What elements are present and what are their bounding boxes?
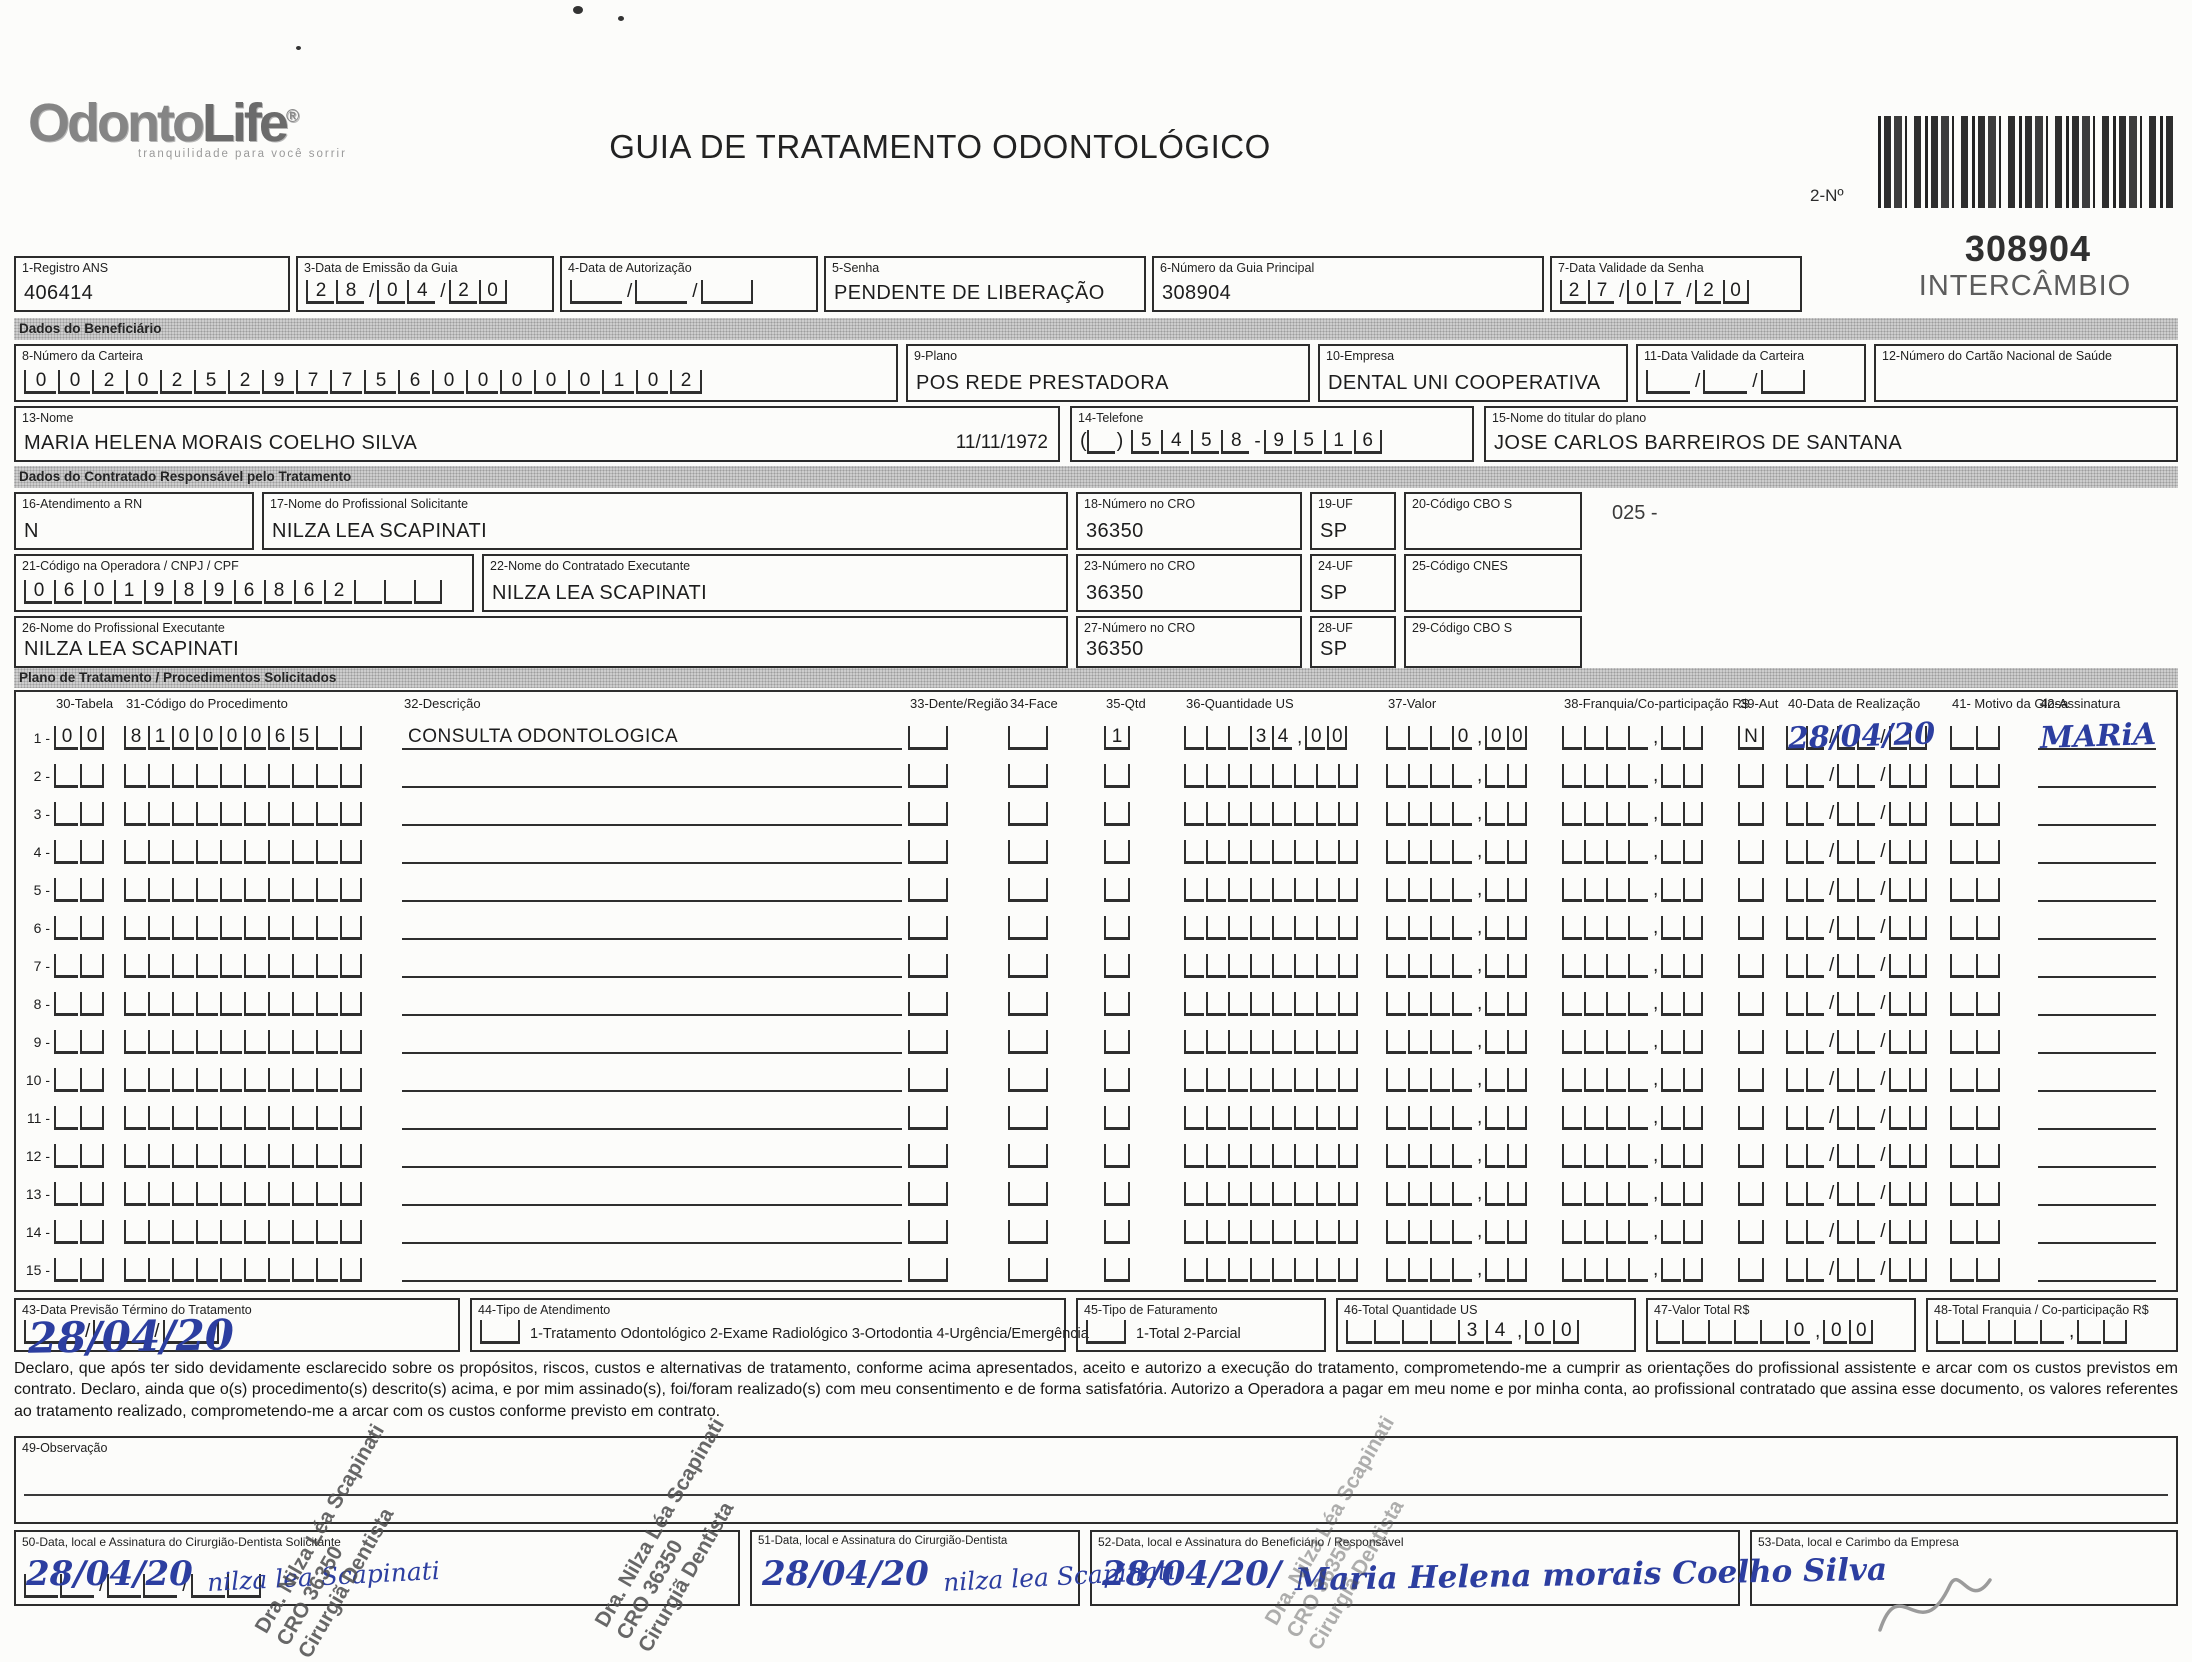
comb-segment <box>1976 1144 2000 1168</box>
comb-face <box>1008 1220 1050 1244</box>
comb-segment <box>2103 1320 2127 1344</box>
comb-segment <box>316 1182 338 1206</box>
write-line <box>2038 800 2156 826</box>
comb-segment <box>1485 840 1505 864</box>
proc-cell-descricao <box>402 1218 902 1244</box>
comb-segment: 2 <box>670 370 702 394</box>
comb-segment <box>124 1030 146 1054</box>
comb-segment: 4 <box>1161 430 1189 454</box>
proc-cell-dente <box>908 840 1002 864</box>
comb-segment <box>124 764 146 788</box>
comb-segment: / <box>1829 1181 1834 1206</box>
proc-cell-face <box>1008 1182 1098 1206</box>
field-label: 18-Número no CRO <box>1084 497 1195 511</box>
comb-segment <box>1889 802 1907 826</box>
write-line <box>2038 914 2156 940</box>
comb-codigo <box>124 1068 364 1092</box>
comb-aut <box>1738 916 1766 940</box>
comb-glosa <box>1950 1030 2002 1054</box>
comb-segment <box>1452 916 1472 940</box>
comb-segment <box>1430 1068 1450 1092</box>
field-label: 10-Empresa <box>1326 349 1394 363</box>
comb-segment <box>1294 1182 1314 1206</box>
comb-segment: 0 <box>1627 280 1653 304</box>
field-label: 45-Tipo de Faturamento <box>1084 1303 1218 1317</box>
comb-segment <box>1661 916 1681 940</box>
comb-segment <box>1507 878 1527 902</box>
field-uf-executante: 24-UF SP <box>1310 554 1396 612</box>
comb-franquia: , <box>1562 763 1705 788</box>
proc-cell-franquia: , <box>1562 763 1732 788</box>
row-number: 14 - <box>16 1220 54 1244</box>
proc-cell-descricao: CONSULTA ODONTOLOGICA <box>402 724 902 750</box>
comb-segment: / <box>1829 763 1834 788</box>
comb-segment <box>1584 1182 1604 1206</box>
comb-segment <box>1507 1144 1527 1168</box>
comb-segment <box>80 954 104 978</box>
comb-segment <box>268 992 290 1016</box>
comb-segment <box>1087 430 1115 454</box>
comb-segment <box>54 764 78 788</box>
proc-cell-assinatura <box>2038 990 2156 1016</box>
comb-valor: , <box>1386 1029 1529 1054</box>
column-header-aut: 39-Aut <box>1740 696 1782 718</box>
field-value: 308904 <box>1162 282 1231 305</box>
comb-data-validade-senha: 27/07/20 <box>1560 279 1751 304</box>
comb-segment <box>1184 1068 1204 1092</box>
comb-segment: 9 <box>262 370 294 394</box>
comb-face <box>1008 764 1050 788</box>
comb-segment <box>1294 916 1314 940</box>
comb-segment <box>1452 840 1472 864</box>
comb-segment <box>1682 1320 1706 1344</box>
comb-segment <box>1683 916 1703 940</box>
comb-segment <box>80 1030 104 1054</box>
field-value: 36350 <box>1086 638 1144 661</box>
comb-segment <box>908 916 948 940</box>
comb-segment: 0 <box>58 370 90 394</box>
comb-codigo <box>124 878 364 902</box>
comb-segment: , <box>1653 877 1658 902</box>
comb-glosa <box>1950 1220 2002 1244</box>
comb-segment <box>1452 1182 1472 1206</box>
proc-cell-qtd_us <box>1184 954 1380 978</box>
comb-segment <box>1104 802 1130 826</box>
comb-segment <box>196 878 218 902</box>
handwritten-name: Maria Helena morais Coelho Silva <box>1295 1552 1888 1598</box>
comb-segment <box>908 1106 948 1130</box>
comb-segment <box>1889 1258 1907 1282</box>
comb-segment <box>220 992 242 1016</box>
checkbox-tipo-atendimento <box>480 1320 522 1344</box>
comb-segment <box>1786 1182 1804 1206</box>
comb-face <box>1008 916 1050 940</box>
comb-segment: / <box>1686 279 1691 304</box>
write-line <box>402 952 902 978</box>
comb-segment <box>148 1144 170 1168</box>
comb-segment: N <box>1738 726 1764 750</box>
comb-segment <box>1562 726 1582 750</box>
field-label: 15-Nome do titular do plano <box>1492 411 1646 425</box>
comb-tabela <box>54 992 106 1016</box>
comb-segment <box>1806 1144 1824 1168</box>
proc-cell-tabela <box>54 1144 118 1168</box>
comb-segment <box>1250 916 1270 940</box>
procedure-row-11: 11 - , , / / <box>16 1098 2176 1136</box>
proc-cell-qtd <box>1104 802 1178 826</box>
comb-segment <box>1452 1220 1472 1244</box>
comb-segment <box>80 992 104 1016</box>
comb-segment: / <box>627 279 632 304</box>
comb-segment <box>1386 1106 1406 1130</box>
comb-segment <box>908 1068 948 1092</box>
proc-cell-tabela <box>54 992 118 1016</box>
comb-segment: 2 <box>1560 280 1586 304</box>
field-label: 23-Número no CRO <box>1084 559 1195 573</box>
comb-qtd <box>1104 878 1132 902</box>
comb-franquia: , <box>1562 915 1705 940</box>
comb-segment <box>1909 1258 1927 1282</box>
column-header-descricao: 32-Descrição <box>404 696 904 718</box>
comb-segment <box>1562 992 1582 1016</box>
comb-segment <box>1806 1030 1824 1054</box>
comb-segment <box>1786 840 1804 864</box>
comb-segment <box>1386 1030 1406 1054</box>
comb-segment <box>1738 954 1764 978</box>
scanned-dental-treatment-form: OdontoLife® tranquilidade para você sorr… <box>0 0 2192 1662</box>
proc-cell-aut <box>1738 954 1780 978</box>
comb-segment <box>1430 1144 1450 1168</box>
proc-cell-qtd <box>1104 992 1178 1016</box>
handwritten-date: 28/04/20 <box>26 1554 193 1594</box>
comb-segment <box>1485 764 1505 788</box>
comb-segment <box>1316 954 1336 978</box>
comb-segment <box>292 764 314 788</box>
comb-valor: , <box>1386 991 1529 1016</box>
comb-segment <box>908 764 948 788</box>
comb-segment <box>1104 992 1130 1016</box>
comb-segment: 1 <box>1324 430 1352 454</box>
comb-glosa <box>1950 1258 2002 1282</box>
comb-segment <box>1584 954 1604 978</box>
comb-qtd <box>1104 1106 1132 1130</box>
comb-segment <box>1430 726 1450 750</box>
comb-segment <box>1452 1068 1472 1092</box>
field-label: 29-Código CBO S <box>1412 621 1512 635</box>
proc-cell-franquia: , <box>1562 1029 1732 1054</box>
comb-segment: , <box>1653 1105 1658 1130</box>
comb-franquia: , <box>1562 1105 1705 1130</box>
comb-segment <box>1272 1258 1292 1282</box>
comb-dente <box>908 1030 950 1054</box>
comb-segment <box>1909 1182 1927 1206</box>
proc-cell-franquia: , <box>1562 1105 1732 1130</box>
field-label: 19-UF <box>1318 497 1353 511</box>
proc-cell-dente <box>908 1220 1002 1244</box>
comb-segment <box>1683 992 1703 1016</box>
comb-segment <box>316 1258 338 1282</box>
comb-segment <box>220 764 242 788</box>
comb-segment: 0 <box>1525 1320 1551 1344</box>
comb-segment <box>1250 954 1270 978</box>
proc-cell-franquia: , <box>1562 1067 1732 1092</box>
proc-cell-codigo <box>124 992 396 1016</box>
comb-segment <box>1430 764 1450 788</box>
comb-segment <box>1408 1144 1428 1168</box>
comb-segment <box>1008 1030 1048 1054</box>
comb-segment <box>340 1144 362 1168</box>
comb-segment <box>1703 370 1747 394</box>
comb-segment <box>292 916 314 940</box>
field-value: NILZA LEA SCAPINATI <box>24 638 239 661</box>
comb-segment <box>1857 1030 1875 1054</box>
field-label: 12-Número do Cartão Nacional de Saúde <box>1882 349 2112 363</box>
proc-cell-tabela <box>54 1182 118 1206</box>
comb-segment <box>908 954 948 978</box>
field-assinatura-beneficiario: 52-Data, local e Assinatura do Beneficiá… <box>1090 1530 1740 1606</box>
proc-cell-qtd <box>1104 1068 1178 1092</box>
comb-segment <box>1206 764 1226 788</box>
comb-segment <box>1485 916 1505 940</box>
comb-segment <box>1837 840 1855 864</box>
proc-cell-glosa <box>1950 764 2032 788</box>
comb-segment <box>1708 1320 1732 1344</box>
comb-segment <box>1206 802 1226 826</box>
comb-segment <box>1507 1258 1527 1282</box>
field-label: 16-Atendimento a RN <box>22 497 142 511</box>
comb-segment <box>340 1068 362 1092</box>
comb-segment <box>1338 992 1358 1016</box>
comb-segment <box>1386 802 1406 826</box>
comb-face <box>1008 1144 1050 1168</box>
comb-segment: , <box>1477 763 1482 788</box>
proc-cell-data: / / <box>1786 1257 1944 1282</box>
proc-cell-franquia: , <box>1562 915 1732 940</box>
comb-segment <box>1184 802 1204 826</box>
comb-qtd <box>1104 802 1132 826</box>
comb-segment <box>1584 992 1604 1016</box>
comb-segment <box>1184 1144 1204 1168</box>
comb-segment <box>196 1106 218 1130</box>
proc-cell-qtd <box>1104 764 1178 788</box>
proc-cell-qtd_us <box>1184 916 1380 940</box>
comb-qtd_us <box>1184 992 1360 1016</box>
field-label: 22-Nome do Contratado Executante <box>490 559 690 573</box>
comb-segment <box>1889 840 1907 864</box>
comb-segment <box>1430 878 1450 902</box>
comb-aut <box>1738 1030 1766 1054</box>
comb-segment <box>196 916 218 940</box>
comb-segment <box>1806 1068 1824 1092</box>
write-line <box>402 1142 902 1168</box>
proc-cell-qtd <box>1104 916 1178 940</box>
comb-segment <box>1976 764 2000 788</box>
comb-segment <box>354 580 382 604</box>
field-label: 7-Data Validade da Senha <box>1558 261 1704 275</box>
field-cro-executante: 23-Número no CRO 36350 <box>1076 554 1302 612</box>
proc-cell-face <box>1008 1258 1098 1282</box>
proc-cell-franquia: , <box>1562 1219 1732 1244</box>
proc-cell-face <box>1008 992 1098 1016</box>
comb-glosa <box>1950 764 2002 788</box>
comb-segment <box>172 1068 194 1092</box>
comb-valor: , <box>1386 1257 1529 1282</box>
field-label: 47-Valor Total R$ <box>1654 1303 1749 1317</box>
comb-segment <box>1485 992 1505 1016</box>
row-number: 8 - <box>16 992 54 1016</box>
comb-segment <box>268 1144 290 1168</box>
comb-segment <box>1909 1144 1927 1168</box>
write-line <box>402 1028 902 1054</box>
comb-segment <box>172 916 194 940</box>
proc-cell-dente <box>908 802 1002 826</box>
proc-cell-descricao <box>402 762 902 788</box>
comb-glosa <box>1950 992 2002 1016</box>
comb-segment: 4 <box>1272 726 1292 750</box>
comb-segment <box>1272 764 1292 788</box>
comb-segment: 8 <box>174 580 202 604</box>
comb-segment: 5 <box>1131 430 1159 454</box>
proc-cell-tabela <box>54 840 118 864</box>
proc-cell-dente <box>908 992 1002 1016</box>
comb-aut <box>1738 1144 1766 1168</box>
field-empresa: 10-Empresa DENTAL UNI COOPERATIVA <box>1318 344 1628 402</box>
comb-franquia: , <box>1562 1143 1705 1168</box>
comb-segment <box>1950 802 1974 826</box>
comb-segment <box>1806 1220 1824 1244</box>
field-numero-guia-principal: 6-Número da Guia Principal 308904 <box>1152 256 1544 312</box>
comb-valor-total: 0,00 <box>1656 1319 1875 1344</box>
handwritten-signature-52: 28/04/20/ Maria Helena morais Coelho Sil… <box>1102 1554 2152 1594</box>
comb-segment <box>148 992 170 1016</box>
comb-segment <box>1316 802 1336 826</box>
field-label: 1-Registro ANS <box>22 261 108 275</box>
comb-segment <box>1683 1068 1703 1092</box>
field-data-validade-senha: 7-Data Validade da Senha 27/07/20 <box>1550 256 1802 312</box>
comb-segment <box>1806 764 1824 788</box>
comb-segment: 5 <box>1294 430 1322 454</box>
procedures-header-row: 30-Tabela31-Código do Procedimento32-Des… <box>16 692 2176 718</box>
proc-cell-data: / / <box>1786 1143 1944 1168</box>
row-number: 12 - <box>16 1144 54 1168</box>
comb-data: / / <box>1786 1143 1929 1168</box>
comb-segment <box>124 1220 146 1244</box>
field-label: 28-UF <box>1318 621 1353 635</box>
comb-segment <box>220 1068 242 1092</box>
comb-segment <box>1628 764 1648 788</box>
comb-segment <box>1294 1144 1314 1168</box>
guide-number: 308904 <box>1878 228 2178 270</box>
comb-segment <box>1909 1068 1927 1092</box>
comb-segment <box>1661 840 1681 864</box>
proc-cell-assinatura <box>2038 914 2156 940</box>
proc-cell-codigo <box>124 916 396 940</box>
comb-segment <box>1976 916 2000 940</box>
comb-aut <box>1738 954 1766 978</box>
field-value: SP <box>1320 520 1347 543</box>
comb-qtd_us <box>1184 840 1360 864</box>
comb-segment <box>1857 954 1875 978</box>
comb-segment <box>80 764 104 788</box>
comb-franquia: , <box>1562 991 1705 1016</box>
comb-segment: 6 <box>1354 430 1382 454</box>
barcode-number-label: 2-Nº <box>1810 186 1844 206</box>
comb-segment <box>1250 1258 1270 1282</box>
comb-segment <box>148 1068 170 1092</box>
comb-segment <box>1338 764 1358 788</box>
field-label: 9-Plano <box>914 349 957 363</box>
proc-cell-aut <box>1738 1220 1780 1244</box>
handwritten-signature-50: 28/04/20 nilza lea Scapinati <box>26 1554 440 1594</box>
comb-segment: 5 <box>194 370 226 394</box>
comb-segment <box>244 1220 266 1244</box>
proc-cell-tabela <box>54 1220 118 1244</box>
comb-segment <box>1430 840 1450 864</box>
comb-segment <box>1806 840 1824 864</box>
comb-segment <box>268 1220 290 1244</box>
proc-cell-codigo <box>124 1106 396 1130</box>
comb-segment: 1 <box>1104 726 1130 750</box>
comb-segment <box>1338 1182 1358 1206</box>
comb-segment: 2 <box>228 370 260 394</box>
comb-segment <box>340 1030 362 1054</box>
comb-segment <box>1250 1144 1270 1168</box>
comb-segment <box>1738 1182 1764 1206</box>
comb-segment <box>1430 802 1450 826</box>
write-line <box>2038 876 2156 902</box>
comb-segment: 8 <box>336 280 364 304</box>
proc-cell-aut <box>1738 1030 1780 1054</box>
comb-segment <box>1562 1182 1582 1206</box>
comb-segment <box>1228 1182 1248 1206</box>
comb-segment <box>2014 1320 2038 1344</box>
comb-segment <box>1294 878 1314 902</box>
comb-franquia: , <box>1562 801 1705 826</box>
comb-segment <box>220 1220 242 1244</box>
proc-cell-data: / / <box>1786 953 1944 978</box>
handwritten-date: 28/04/20/ <box>1102 1554 1281 1594</box>
write-line <box>402 1066 902 1092</box>
comb-franquia: , <box>1562 839 1705 864</box>
comb-segment <box>1683 1182 1703 1206</box>
registered-mark: ® <box>286 106 296 126</box>
comb-segment: 0 <box>24 370 56 394</box>
comb-telefone: ( ) 5458-9516 <box>1080 429 1384 454</box>
comb-segment: / <box>1829 1029 1834 1054</box>
proc-cell-glosa <box>1950 954 2032 978</box>
comb-glosa <box>1950 840 2002 864</box>
comb-segment <box>148 1258 170 1282</box>
comb-segment <box>1857 916 1875 940</box>
odontolife-logo: OdontoLife® tranquilidade para você sorr… <box>28 92 347 160</box>
comb-segment <box>1452 992 1472 1016</box>
write-line <box>402 1256 902 1282</box>
procedure-row-9: 9 - , , / / <box>16 1022 2176 1060</box>
comb-segment <box>1206 1144 1226 1168</box>
proc-cell-valor: , <box>1386 1067 1556 1092</box>
comb-segment <box>244 1068 266 1092</box>
proc-cell-data: / / <box>1786 801 1944 826</box>
proc-cell-glosa <box>1950 1068 2032 1092</box>
comb-tabela <box>54 764 106 788</box>
comb-segment <box>1184 1182 1204 1206</box>
comb-segment <box>220 1258 242 1282</box>
comb-segment: 7 <box>296 370 328 394</box>
comb-segment: , <box>1653 801 1658 826</box>
comb-segment <box>1228 1220 1248 1244</box>
column-header-glosa: 41- Motivo da Glosa <box>1952 696 2034 718</box>
comb-segment <box>80 1106 104 1130</box>
